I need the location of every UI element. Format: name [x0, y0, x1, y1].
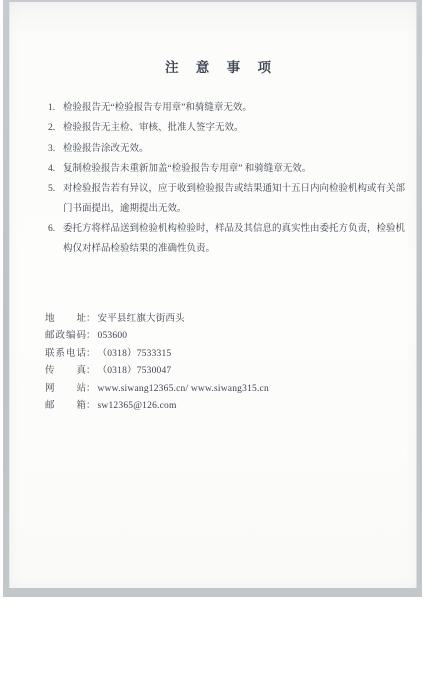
contact-website-row: 网站：www.siwang12365.cn/ www.siwang315.cn	[45, 381, 375, 398]
contact-separator: ：	[86, 346, 96, 363]
note-number: 5.	[48, 180, 63, 219]
contact-label: 邮政编码	[45, 328, 86, 345]
scanned-document: 注 意 事 项 1. 检验报告无“检验报告专用章”和骑缝章无效。 2. 检验报告…	[0, 0, 424, 700]
note-text: 对检验报告若有异议，应于收到检验报告或结果通知十五日内向检验机构或有关部门书面提…	[63, 180, 405, 219]
note-item: 1. 检验报告无“检验报告专用章”和骑缝章无效。	[48, 99, 405, 119]
note-number: 4.	[48, 160, 63, 180]
note-text: 复制检验报告未重新加盖“检验报告专用章” 和骑缝章无效。	[63, 160, 405, 180]
contact-label: 地址	[45, 311, 86, 328]
contact-website-value: www.siwang12365.cn/ www.siwang315.cn	[98, 384, 269, 394]
contact-separator: ：	[86, 398, 96, 415]
contact-email-value: sw12365@126.com	[98, 401, 177, 411]
note-item: 2. 检验报告无主检、审核、批准人签字无效。	[48, 119, 405, 139]
contact-label: 传真	[45, 363, 86, 380]
contact-separator: ：	[86, 381, 96, 398]
note-text: 委托方将样品送到检验机构检验时，样品及其信息的真实性由委托方负责，检验机构仅对样…	[63, 220, 405, 259]
note-item: 4. 复制检验报告未重新加盖“检验报告专用章” 和骑缝章无效。	[48, 160, 405, 180]
contact-email-row: 邮箱：sw12365@126.com	[45, 398, 375, 415]
contact-fax-row: 传真：（0318）7530047	[45, 363, 375, 380]
contact-separator: ：	[86, 311, 96, 328]
note-item: 6. 委托方将样品送到检验机构检验时，样品及其信息的真实性由委托方负责，检验机构…	[48, 220, 405, 259]
contact-label: 邮箱	[45, 398, 86, 415]
note-text: 检验报告无“检验报告专用章”和骑缝章无效。	[63, 99, 405, 119]
note-number: 6.	[48, 220, 63, 259]
contact-separator: ：	[86, 328, 96, 345]
contact-label: 网站	[45, 381, 86, 398]
note-number: 2.	[48, 119, 63, 139]
contact-fax-value: （0318）7530047	[98, 366, 172, 376]
contact-info-block: 地址：安平县红旗大街西头 邮政编码：053600 联系电话：（0318）7533…	[45, 311, 375, 415]
contact-address-value: 安平县红旗大街西头	[98, 314, 185, 324]
note-text: 检验报告涂改无效。	[63, 140, 405, 160]
contact-phone-value: （0318）7533315	[98, 349, 172, 359]
contact-separator: ：	[86, 363, 96, 380]
note-item: 5. 对检验报告若有异议，应于收到检验报告或结果通知十五日内向检验机构或有关部门…	[48, 180, 405, 219]
note-text: 检验报告无主检、审核、批准人签字无效。	[63, 119, 405, 139]
document-page: 注 意 事 项 1. 检验报告无“检验报告专用章”和骑缝章无效。 2. 检验报告…	[9, 2, 417, 588]
notes-list: 1. 检验报告无“检验报告专用章”和骑缝章无效。 2. 检验报告无主检、审核、批…	[48, 99, 405, 260]
page-title: 注 意 事 项	[9, 56, 417, 76]
note-number: 3.	[48, 140, 63, 160]
contact-postcode-row: 邮政编码：053600	[45, 328, 375, 345]
contact-address-row: 地址：安平县红旗大街西头	[45, 311, 375, 328]
contact-label: 联系电话	[45, 346, 86, 363]
note-number: 1.	[48, 99, 63, 119]
contact-postcode-value: 053600	[98, 331, 128, 341]
contact-phone-row: 联系电话：（0318）7533315	[45, 346, 375, 363]
note-item: 3. 检验报告涂改无效。	[48, 140, 405, 160]
